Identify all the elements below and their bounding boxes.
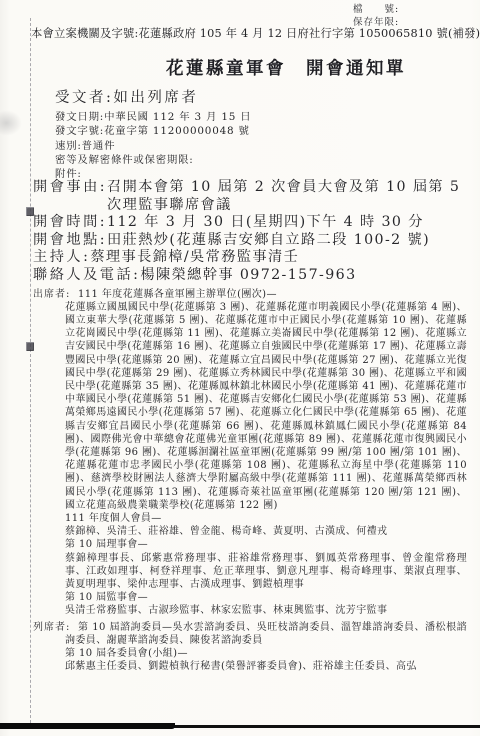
meeting-subject-value: 召開本會第 10 屆第 2 次會員大會及第 10 屆第 5 次理監事聯席會議 [107, 179, 467, 214]
meeting-place-label: 開會地點: [33, 232, 107, 250]
committees-heading: 第 10 屆各委員會(小組)— [65, 647, 467, 660]
observers-label: 列席者: [33, 621, 70, 634]
meeting-time-value: 112 年 3 月 30 日(星期四)下午 4 時 30 分 [107, 214, 467, 232]
chairperson-field: 主持人: 蔡理事長錦樟/吳常務監事清壬 [33, 249, 467, 267]
contact-label: 聯絡人及電話: [33, 267, 140, 285]
priority-line: 速別:普通件 [55, 139, 251, 153]
contact-field: 聯絡人及電話: 楊陳榮總幹事 0972-157-963 [33, 267, 467, 285]
advisors-list: 第 10 屆諮詢委員—吳水雲諮詢委員、吳旺枝諮詢委員、溫智雄諮詢委員、潘松根諮詢… [65, 621, 467, 647]
meeting-subject-label: 開會事由: [33, 179, 107, 197]
classification-line: 密等及解密條件或保密期限: [55, 153, 251, 167]
scan-smudge [0, 110, 22, 136]
meeting-subject-field: 開會事由: 召開本會第 10 屆第 2 次會員大會及第 10 屆第 5 次理監事… [33, 179, 467, 214]
attendees-intro: 111 年度花蓮縣各童軍團主辦單位(團次)— [65, 288, 467, 301]
observers-section: 列席者: 第 10 屆諮詢委員—吳水雲諮詢委員、吳旺枝諮詢委員、溫智雄諮詢委員、… [33, 621, 467, 674]
board-heading: 第 10 屆理事會— [65, 538, 467, 551]
attendees-label: 出席者: [33, 288, 70, 301]
file-number-label: 檔 號: [353, 3, 399, 16]
left-fold-dotted-line [30, 18, 31, 728]
document-body: 開會事由: 召開本會第 10 屆第 2 次會員大會及第 10 屆第 5 次理監事… [33, 179, 467, 673]
scan-bottom-edge-thick [0, 723, 175, 729]
individual-members-heading: 111 年度個人會員— [65, 512, 467, 525]
issue-number-line: 發文字號:花童字第 11200000048 號 [55, 124, 251, 138]
recipient-line: 受文者:如出列席者 [55, 86, 198, 107]
attendee-units-list: 花蓮縣立國風國民中學(花蓮縣第 3 團)、花蓮縣花蓮市明義國民小學(花蓮縣第 4… [65, 301, 467, 512]
meeting-place-value: 田莊熱炒(花蓮縣吉安鄉自立路二段 100-2 號) [107, 232, 467, 250]
chairperson-label: 主持人: [33, 249, 90, 267]
board-members-list: 蔡錦樟理事長、邱紫惠常務理事、莊裕雄常務理事、劉鳳英常務理事、曾金龍常務理事、江… [65, 552, 467, 592]
attendees-section: 出席者: 111 年度花蓮縣各童軍團主辦單位(團次)— 花蓮縣立國風國民中學(花… [33, 288, 467, 618]
supervisors-heading: 第 10 屆監事會— [65, 591, 467, 604]
chairperson-value: 蔡理事長錦樟/吳常務監事清壬 [90, 249, 467, 267]
document-meta-block: 發文日期:中華民國 112 年 3 月 15 日 發文字號:花童字第 11200… [55, 110, 251, 181]
committees-list: 邱紫惠主任委員、劉鎧楨執行秘書(榮譽評審委員會)、莊裕雄主任委員、高弘 [65, 660, 467, 673]
meeting-time-label: 開會時間: [33, 214, 107, 232]
registration-number-line: 本會立案機關及字號:花蓮縣政府 105 年 4 月 12 日府社行字第 1050… [31, 25, 473, 41]
issue-date-line: 發文日期:中華民國 112 年 3 月 15 日 [55, 110, 251, 124]
scanned-document-page: 檔 號: 保存年限: 本會立案機關及字號:花蓮縣政府 105 年 4 月 12 … [0, 0, 480, 736]
meeting-place-field: 開會地點: 田莊熱炒(花蓮縣吉安鄉自立路二段 100-2 號) [33, 232, 467, 250]
contact-value: 楊陳榮總幹事 0972-157-963 [140, 267, 467, 285]
supervisors-list: 吳清壬常務監事、古淑珍監事、林家宏監事、林東興監事、沈芳宇監事 [65, 604, 467, 617]
document-title: 花蓮縣童軍會 開會通知單 [166, 55, 406, 80]
meeting-time-field: 開會時間: 112 年 3 月 30 日(星期四)下午 4 時 30 分 [33, 214, 467, 232]
individual-members-list: 蔡錦樟、吳清壬、莊裕雄、曾金龍、楊奇峰、黃夏明、古漢成、何禮戎 [65, 525, 467, 538]
